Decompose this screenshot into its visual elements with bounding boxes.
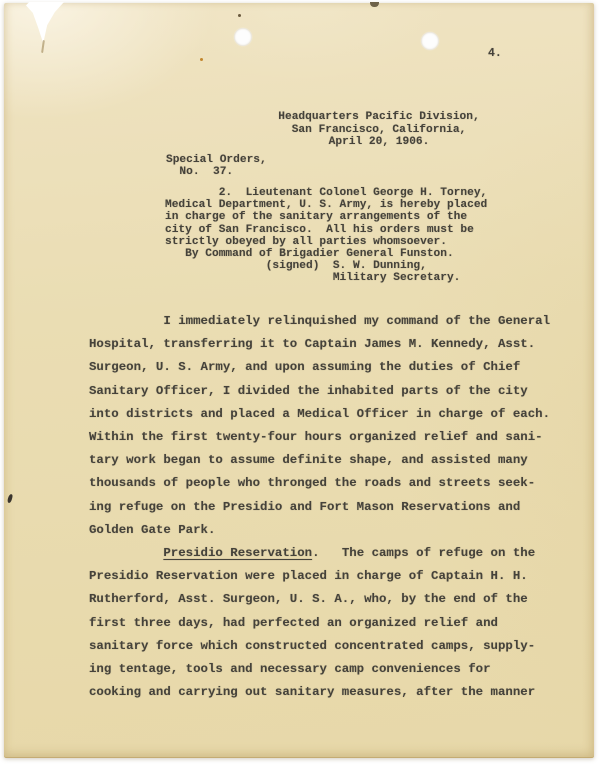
torn-edge <box>26 2 66 44</box>
text-line: Surgeon, U. S. Army, and upon assuming t… <box>89 356 550 379</box>
text-line: city of San Francisco. All his orders mu… <box>165 224 487 236</box>
letterhead: Headquarters Pacific Division, San Franc… <box>276 111 482 149</box>
letterhead-line: Headquarters Pacific Division, <box>276 111 482 124</box>
letterhead-line: San Francisco, California, <box>276 124 482 137</box>
document-scan: 4. Headquarters Pacific Division, San Fr… <box>0 0 600 766</box>
text-line: ing tentage, tools and necessary camp co… <box>89 658 550 681</box>
text-line: (signed) S. W. Dunning, <box>165 260 487 272</box>
paper-page: 4. Headquarters Pacific Division, San Fr… <box>4 3 594 758</box>
text-line: By Command of Brigadier General Funston. <box>165 248 487 260</box>
body-text: I immediately relinquished my command of… <box>89 310 550 704</box>
paper-speck <box>200 58 203 61</box>
text-line: cooking and carrying out sanitary measur… <box>89 681 550 704</box>
order-text: 2. Lieutenant Colonel George H. Torney, … <box>165 187 487 285</box>
section-heading: Presidio Reservation <box>163 546 312 560</box>
punch-hole-left <box>234 28 252 46</box>
text-line: in charge of the sanitary arrangements o… <box>165 211 487 223</box>
paper-speck <box>238 14 241 17</box>
text-line: I immediately relinquished my command of… <box>89 310 550 333</box>
paragraph-2: Presidio Reservation. The camps of refug… <box>89 542 550 704</box>
text-after-heading: The camps of refuge on the <box>320 546 536 560</box>
text-line: first three days, had perfected an organ… <box>89 612 550 635</box>
heading-period: . <box>312 546 319 560</box>
orders-label-line: Special Orders, <box>166 154 267 166</box>
text-line: into districts and placed a Medical Offi… <box>89 403 550 426</box>
text-line: tary work began to assume definite shape… <box>89 449 550 472</box>
text-line: sanitary force which constructed concent… <box>89 635 550 658</box>
indent <box>89 546 163 560</box>
text-line: strictly obeyed by all parties whomsoeve… <box>165 236 487 248</box>
text-line: Military Secretary. <box>165 272 487 284</box>
special-orders-label: Special Orders, No. 37. <box>166 154 267 178</box>
letterhead-date: April 20, 1906. <box>276 136 482 149</box>
text-line: thousands of people who thronged the roa… <box>89 472 550 495</box>
text-line-with-heading: Presidio Reservation. The camps of refug… <box>89 542 550 565</box>
punch-hole-right <box>421 32 439 50</box>
pen-mark <box>7 494 13 504</box>
text-line: Golden Gate Park. <box>89 519 550 542</box>
text-line: Presidio Reservation were placed in char… <box>89 565 550 588</box>
text-line: Hospital, transferring it to Captain Jam… <box>89 333 550 356</box>
text-line: ing refuge on the Presidio and Fort Maso… <box>89 496 550 519</box>
text-line: 2. Lieutenant Colonel George H. Torney, <box>165 187 487 199</box>
text-line: Medical Department, U. S. Army, is hereb… <box>165 199 487 211</box>
text-line: Rutherford, Asst. Surgeon, U. S. A., who… <box>89 588 550 611</box>
paper-speck <box>370 2 379 7</box>
text-line: Sanitary Officer, I divided the inhabite… <box>89 380 550 403</box>
paper-crack <box>41 40 45 53</box>
text-line: Within the first twenty-four hours organ… <box>89 426 550 449</box>
page-number: 4. <box>488 48 502 60</box>
paragraph-1: I immediately relinquished my command of… <box>89 310 550 542</box>
orders-number-line: No. 37. <box>166 166 267 178</box>
